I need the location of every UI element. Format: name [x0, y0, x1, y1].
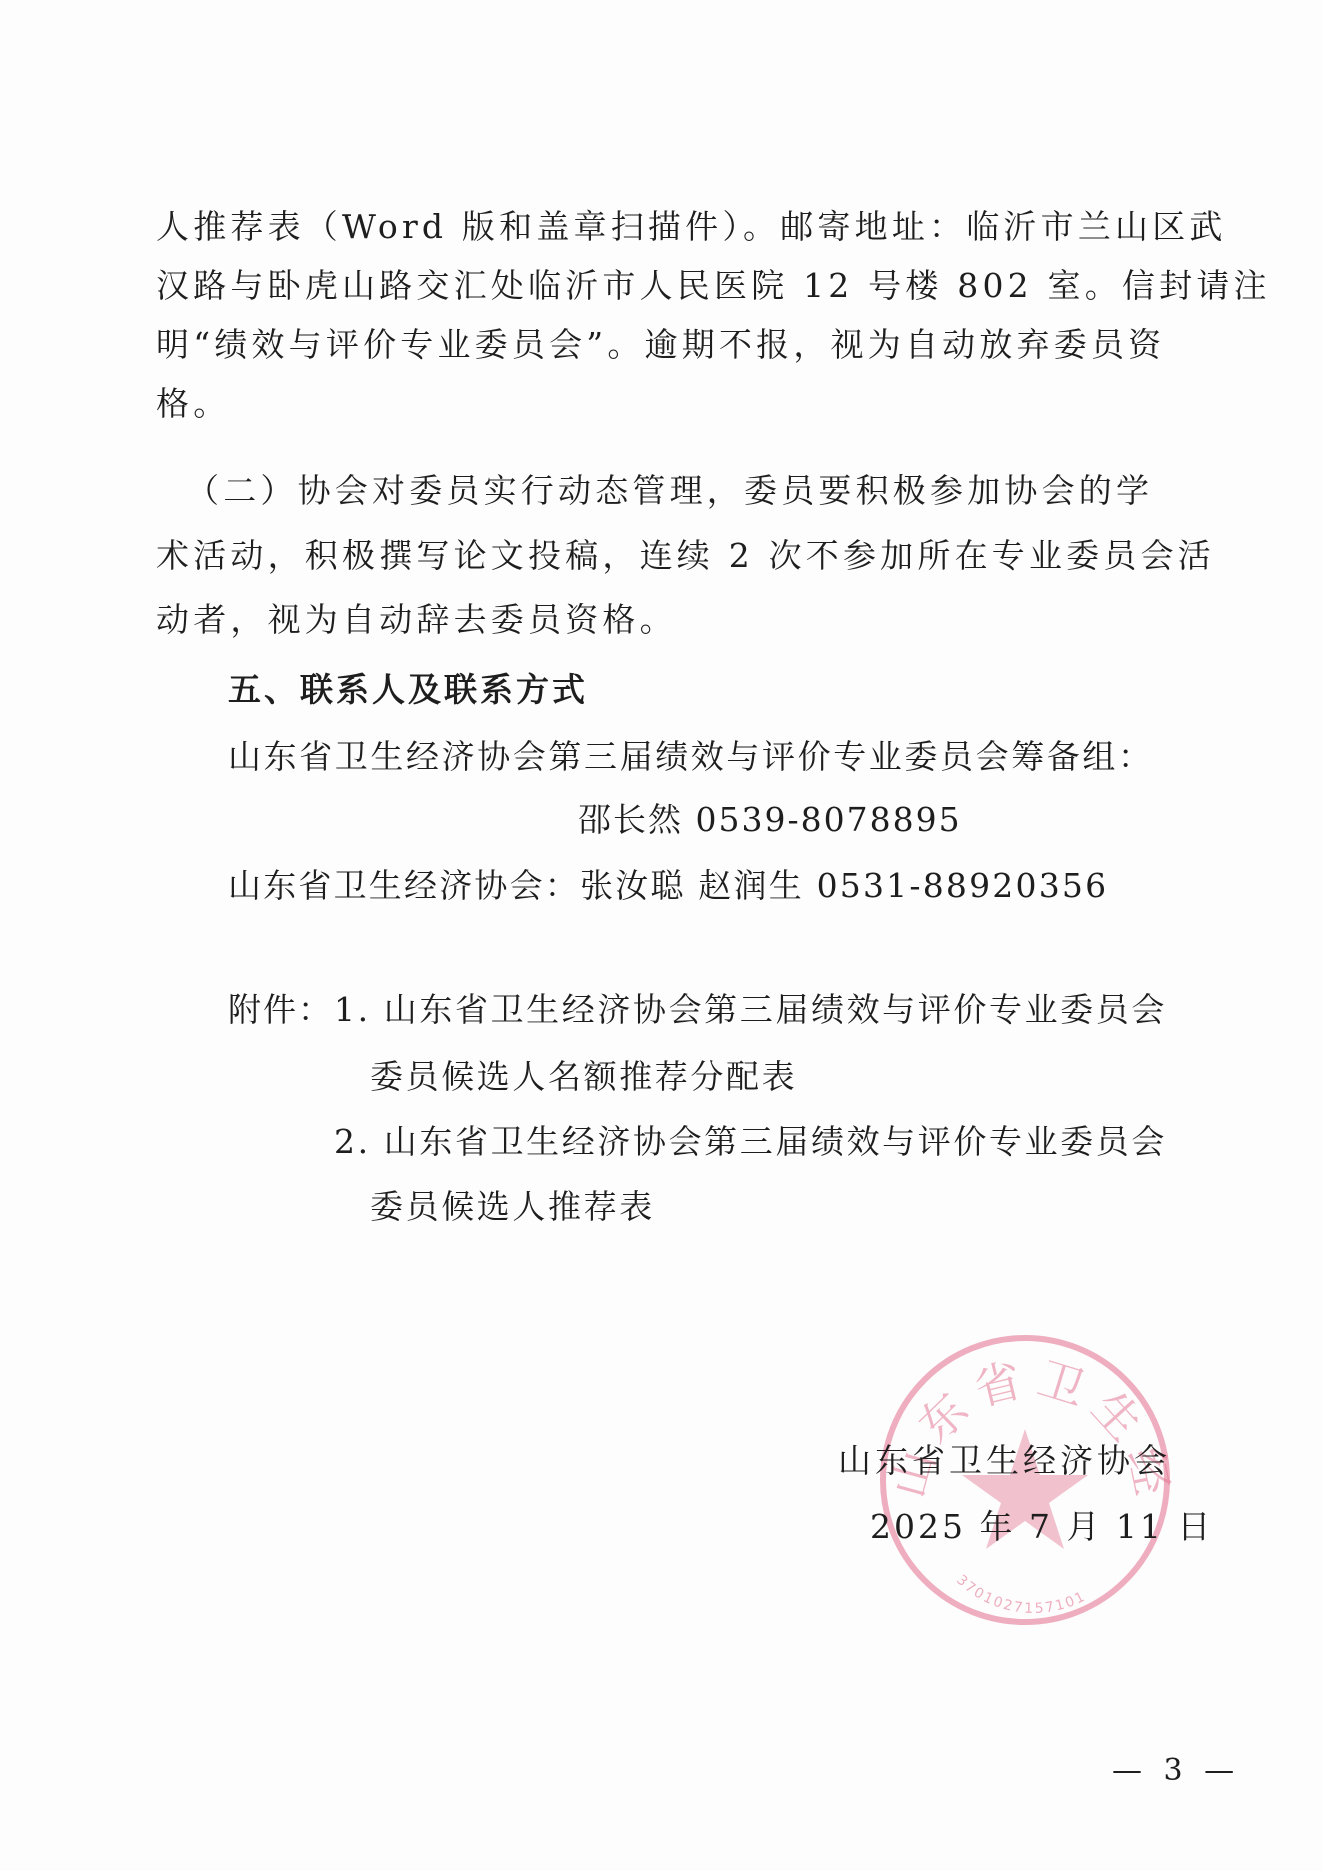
document-page: 人推荐表（Word 版和盖章扫描件）。邮寄地址：临沂市兰山区武 汉路与卧虎山路交…	[0, 0, 1322, 1871]
paragraph-2-line-2: 术活动，积极撰写论文投稿，连续 2 次不参加所在专业委员会活	[156, 536, 1156, 576]
paragraph-1-line-4: 格。	[156, 384, 1156, 424]
section-heading: 五、联系人及联系方式	[228, 670, 1228, 710]
signature-date: 2025 年 7 月 11 日	[870, 1507, 1213, 1547]
attachment-2-line-1: 2. 山东省卫生经济协会第三届绩效与评价专业委员会	[334, 1122, 1322, 1162]
svg-text:3701027157101: 3701027157101	[953, 1572, 1089, 1617]
attachment-2-line-2: 委员候选人推荐表	[370, 1187, 1322, 1227]
paragraph-1-line-1: 人推荐表（Word 版和盖章扫描件）。邮寄地址：临沂市兰山区武	[156, 207, 1156, 247]
paragraph-1-line-2: 汉路与卧虎山路交汇处临沂市人民医院 12 号楼 802 室。信封请注	[156, 266, 1156, 306]
signature-org: 山东省卫生经济协会	[838, 1441, 1171, 1481]
seal-star-icon: 山东省卫生经济协会 3701027157101	[886, 1341, 1176, 1631]
paragraph-2-line-3: 动者，视为自动辞去委员资格。	[156, 600, 1156, 640]
contact-group-line: 山东省卫生经济协会第三届绩效与评价专业委员会筹备组：	[228, 737, 1228, 777]
paragraph-2-line-1: （二）协会对委员实行动态管理，委员要积极参加协会的学	[186, 471, 1186, 511]
contact-person-1: 邵长然 0539-8078895	[578, 800, 1322, 840]
paragraph-1-line-3: 明“绩效与评价专业委员会”。逾期不报，视为自动放弃委员资	[156, 325, 1156, 365]
attachment-1-line-2: 委员候选人名额推荐分配表	[370, 1057, 1322, 1097]
page-number: — 3 —	[1112, 1753, 1240, 1789]
seal-code: 3701027157101	[953, 1572, 1089, 1617]
contact-association: 山东省卫生经济协会：张汝聪 赵润生 0531-88920356	[228, 866, 1228, 906]
attachment-1-line-1: 1. 山东省卫生经济协会第三届绩效与评价专业委员会	[334, 990, 1322, 1030]
